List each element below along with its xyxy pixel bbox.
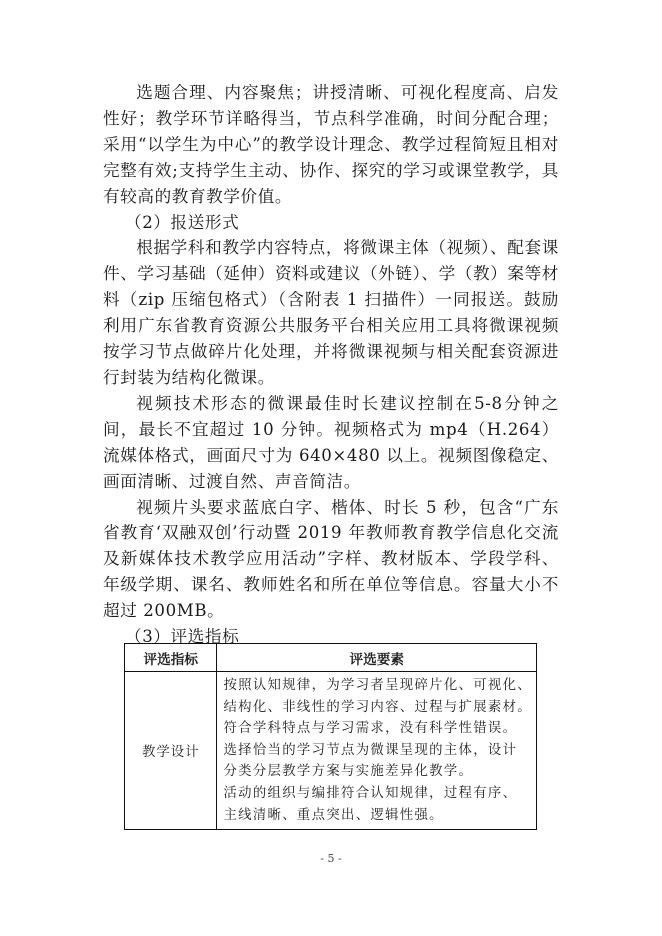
table-header-row: 评选指标 评选要素 — [125, 644, 537, 672]
element-line: 选择恰当的学习节点为微课呈现的主体，设计 — [223, 740, 532, 762]
paragraph-criteria: 选题合理、内容聚焦；讲授清晰、可视化程度高、启发性好；教学环节详略得当，节点科学… — [103, 80, 559, 210]
table-row: 教学设计 按照认知规律，为学习者呈现碎片化、可视化、 结构化、非线性的学习内容、… — [125, 672, 537, 830]
section-heading-submission: （2）报送形式 — [103, 210, 559, 236]
element-line: 符合学科特点与学习需求，没有科学性错误。 — [223, 718, 532, 740]
paragraph-submission: 根据学科和教学内容特点，将微课主体（视频）、配套课件、学习基础（延伸）资料或建议… — [103, 235, 559, 390]
element-line: 主线清晰、重点突出、逻辑性强。 — [223, 805, 532, 827]
element-line: 活动的组织与编排符合认知规律，过程有序、 — [223, 783, 532, 805]
table-cell-elements: 按照认知规律，为学习者呈现碎片化、可视化、 结构化、非线性的学习内容、过程与扩展… — [217, 672, 537, 830]
element-line: 结构化、非线性的学习内容、过程与扩展素材。 — [223, 697, 532, 719]
document-body: 选题合理、内容聚焦；讲授清晰、可视化程度高、启发性好；教学环节详略得当，节点科学… — [103, 80, 559, 650]
evaluation-table: 评选指标 评选要素 教学设计 按照认知规律，为学习者呈现碎片化、可视化、 结构化… — [124, 643, 537, 830]
table-header-elements: 评选要素 — [217, 644, 537, 672]
table-header-indicator: 评选指标 — [125, 644, 217, 672]
element-line: 分类分层教学方案与实施差异化教学。 — [223, 761, 532, 783]
table-cell-indicator: 教学设计 — [125, 672, 217, 830]
paragraph-video-intro: 视频片头要求蓝底白字、楷体、时长 5 秒，包含“广东省教育‘双融双创’行动暨 2… — [103, 495, 559, 625]
element-line: 按照认知规律，为学习者呈现碎片化、可视化、 — [223, 675, 532, 697]
page-number: - 5 - — [0, 852, 662, 865]
document-page: 选题合理、内容聚焦；讲授清晰、可视化程度高、启发性好；教学环节详略得当，节点科学… — [0, 0, 662, 936]
paragraph-video-specs: 视频技术形态的微课最佳时长建议控制在5-8分钟之间，最长不宜超过 10 分钟。视… — [103, 391, 559, 495]
